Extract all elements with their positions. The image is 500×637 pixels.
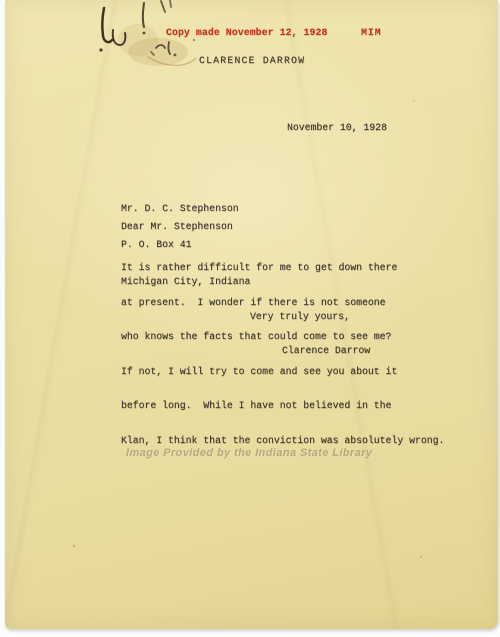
body-line: If not, I will try to come and see you a… <box>121 366 444 378</box>
body-line: before long. While I have not believed i… <box>121 400 444 412</box>
scanned-letter: Copy made November 12, 1928 MIM CLARENCE… <box>0 0 500 637</box>
date-line: November 10, 1928 <box>287 122 387 134</box>
body-line: who knows the facts that could come to s… <box>121 331 444 343</box>
body-line: Klan, I think that the conviction was ab… <box>121 435 444 447</box>
closing: Very truly yours, <box>250 311 350 323</box>
body-line: at present. I wonder if there is not som… <box>121 297 444 309</box>
paper-speck <box>73 545 75 547</box>
letter-paper: Copy made November 12, 1928 MIM CLARENCE… <box>5 0 498 629</box>
recipient-name: Mr. D. C. Stephenson <box>121 203 250 215</box>
letterhead: CLARENCE DARROW <box>199 55 305 67</box>
body-line: It is rather difficult for me to get dow… <box>121 262 444 274</box>
paper-speck <box>413 100 415 102</box>
salutation: Dear Mr. Stephenson <box>121 221 233 233</box>
copy-stamp-initials: MIM <box>361 27 382 39</box>
library-watermark: Image Provided by the Indiana State Libr… <box>126 447 372 459</box>
copy-stamp-text: Copy made November 12, 1928 <box>166 27 327 39</box>
signature: Clarence Darrow <box>282 345 370 357</box>
paper-speck <box>420 556 422 558</box>
